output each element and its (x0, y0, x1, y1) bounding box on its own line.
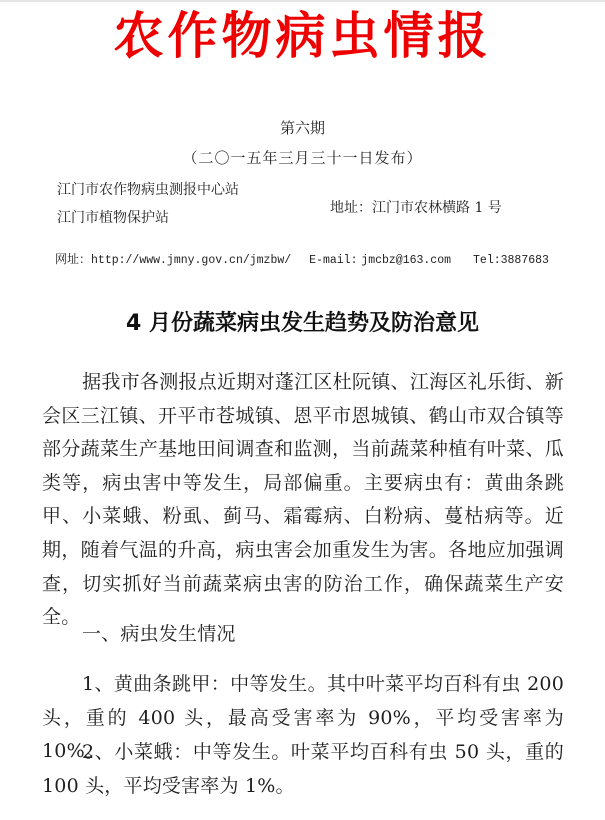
email-label: E-mail: (309, 254, 357, 267)
contact-line: 网址：http://www.jmny.gov.cn/jmzbw/E-mail: … (55, 251, 549, 269)
publisher-org-1: 江门市农作物病虫测报中心站 (57, 181, 239, 199)
section-heading: 一、病虫发生情况 (42, 618, 564, 652)
publish-date: （二〇一五年三月三十一日发布） (0, 148, 605, 168)
publisher-address: 地址：江门市农林横路 1 号 (330, 199, 502, 217)
section-heading-text: 一、病虫发生情况 (82, 623, 236, 645)
intro-paragraph: 据我市各测报点近期对蓬江区杜阮镇、江海区礼乐街、新会区三江镇、开平市苍城镇、恩平… (42, 366, 564, 635)
tel-label: Tel: (473, 254, 501, 267)
website-link[interactable]: http://www.jmny.gov.cn/jmzbw/ (91, 254, 291, 267)
issue-number: 第六期 (0, 118, 605, 138)
website-label: 网址： (55, 252, 91, 266)
page-top-edge (0, 0, 605, 2)
intro-text: 据我市各测报点近期对蓬江区杜阮镇、江海区礼乐街、新会区三江镇、开平市苍城镇、恩平… (42, 371, 564, 628)
article-headline: 4 月份蔬菜病虫发生趋势及防治意见 (0, 308, 605, 340)
pest-item-2: 2、小菜蛾：中等发生。叶菜平均百科有虫 50 头，重的 100 头，平均受害率为… (42, 736, 564, 803)
tel-number: 3887683 (501, 254, 549, 267)
masthead-title: 农作物病虫情报 (0, 4, 605, 68)
email-link[interactable]: jmcbz@163.com (361, 254, 451, 267)
pest-item-2-text: 2、小菜蛾：中等发生。叶菜平均百科有虫 50 头，重的 100 头，平均受害率为… (42, 741, 564, 797)
publisher-org-2: 江门市植物保护站 (57, 209, 169, 227)
